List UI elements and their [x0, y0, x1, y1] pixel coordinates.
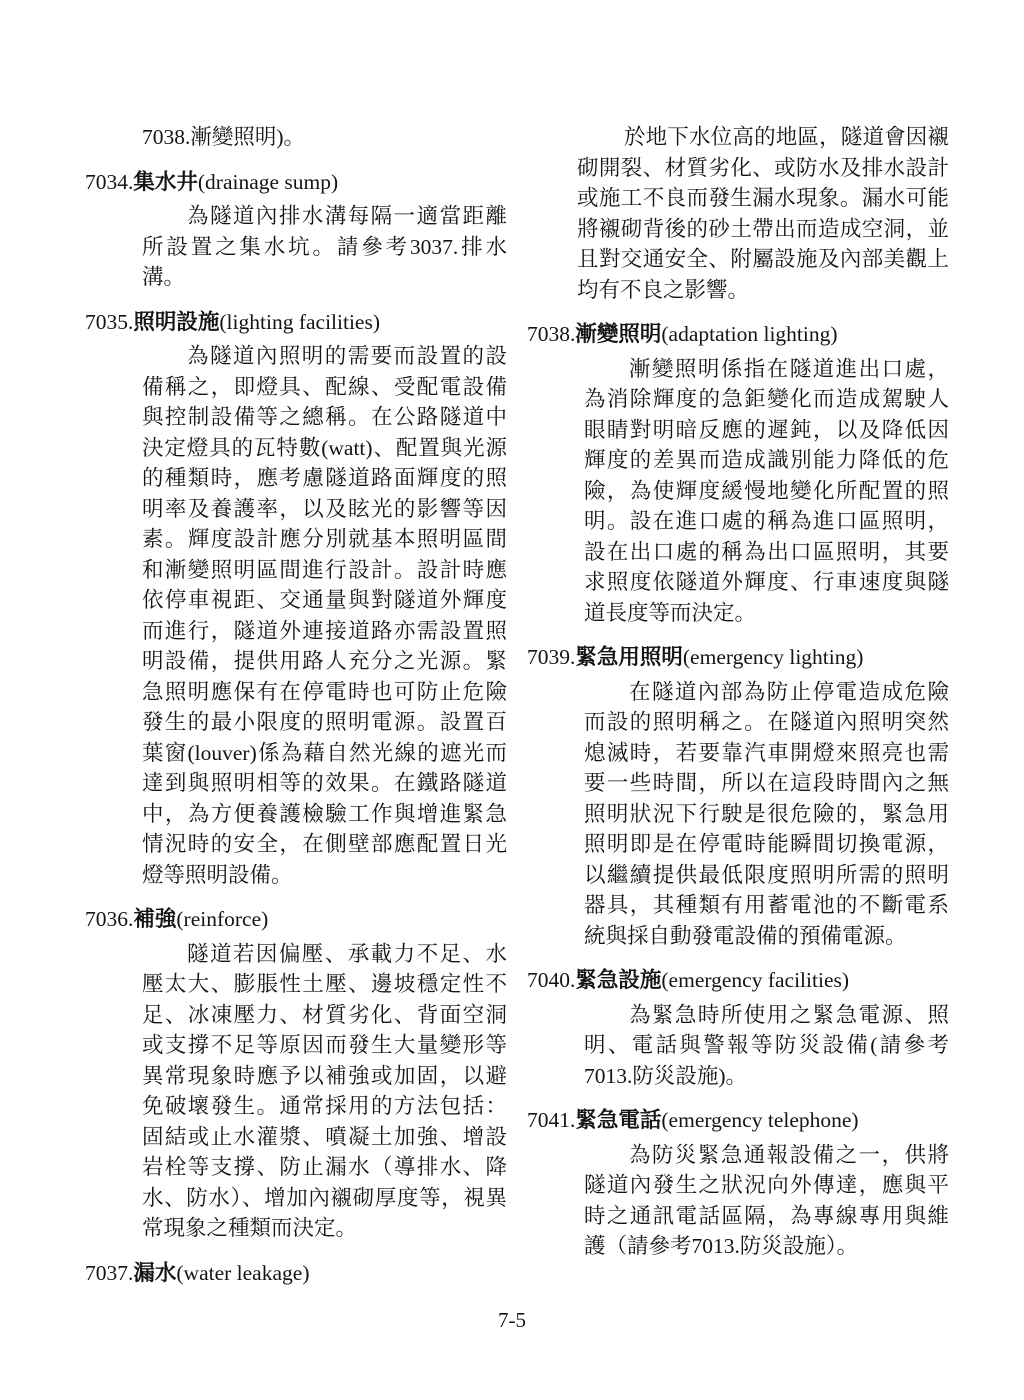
entry-definition: 隧道若因偏壓、承載力不足、水壓太大、膨脹性土壓、邊坡穩定性不足、冰凍壓力、材質劣…	[142, 939, 507, 1244]
continuation-paragraph-left: 7038.漸變照明)。	[142, 122, 507, 153]
entry-english-term: (lighting facilities)	[219, 310, 380, 334]
left-column: 7038.漸變照明)。 7034.集水井(drainage sump) 為隧道內…	[85, 122, 507, 1292]
entry-term: 漸變照明	[575, 322, 661, 346]
entry-definition: 為隧道內照明的需要而設置的設備稱之，即燈具、配線、受配電設備與控制設備等之總稱。…	[142, 341, 507, 890]
entry-english-term: (emergency lighting)	[683, 645, 864, 669]
glossary-entry-7041: 7041.緊急電話(emergency telephone) 為防災緊急通報設備…	[527, 1105, 949, 1262]
entry-number: 7040.	[527, 968, 575, 992]
entry-heading: 7037.漏水(water leakage)	[85, 1258, 507, 1289]
glossary-entry-7040: 7040.緊急設施(emergency facilities) 為緊急時所使用之…	[527, 965, 949, 1091]
entry-english-term: (emergency telephone)	[661, 1108, 858, 1132]
entry-term: 緊急電話	[575, 1108, 661, 1132]
entry-term: 漏水	[133, 1261, 176, 1285]
entry-number: 7039.	[527, 645, 575, 669]
entry-number: 7036.	[85, 907, 133, 931]
glossary-entry-7036: 7036.補強(reinforce) 隧道若因偏壓、承載力不足、水壓太大、膨脹性…	[85, 904, 507, 1244]
entry-english-term: (emergency facilities)	[661, 968, 849, 992]
entry-number: 7041.	[527, 1108, 575, 1132]
entry-definition: 為隧道內排水溝每隔一適當距離所設置之集水坑。請參考3037.排水溝。	[142, 201, 507, 293]
two-column-layout: 7038.漸變照明)。 7034.集水井(drainage sump) 為隧道內…	[0, 0, 1024, 1292]
entry-heading: 7039.緊急用照明(emergency lighting)	[527, 642, 949, 673]
glossary-entry-7037: 7037.漏水(water leakage)	[85, 1258, 507, 1289]
continuation-paragraph-right: 於地下水位高的地區，隧道會因襯砌開裂、材質劣化、或防水及排水設計或施工不良而發生…	[577, 122, 949, 305]
glossary-entry-7039: 7039.緊急用照明(emergency lighting) 在隧道內部為防止停…	[527, 642, 949, 951]
entry-number: 7038.	[527, 322, 575, 346]
entry-definition: 為防災緊急通報設備之一，供將隧道內發生之狀況向外傳達，應與平時之通訊電話區隔，為…	[584, 1140, 949, 1262]
glossary-entry-7034: 7034.集水井(drainage sump) 為隧道內排水溝每隔一適當距離所設…	[85, 167, 507, 293]
page-number: 7-5	[498, 1308, 526, 1332]
entry-heading: 7038.漸變照明(adaptation lighting)	[527, 319, 949, 350]
entry-heading: 7040.緊急設施(emergency facilities)	[527, 965, 949, 996]
entry-definition: 為緊急時所使用之緊急電源、照明、電話與警報等防災設備(請參考7013.防災設施)…	[584, 1000, 949, 1092]
document-page: 7038.漸變照明)。 7034.集水井(drainage sump) 為隧道內…	[0, 0, 1024, 1400]
entry-heading: 7041.緊急電話(emergency telephone)	[527, 1105, 949, 1136]
entry-term: 緊急設施	[575, 968, 661, 992]
right-column: 於地下水位高的地區，隧道會因襯砌開裂、材質劣化、或防水及排水設計或施工不良而發生…	[527, 122, 949, 1292]
entry-english-term: (drainage sump)	[198, 170, 338, 194]
entry-term: 集水井	[133, 170, 198, 194]
entry-number: 7034.	[85, 170, 133, 194]
entry-number: 7037.	[85, 1261, 133, 1285]
entry-heading: 7036.補強(reinforce)	[85, 904, 507, 935]
entry-definition: 在隧道內部為防止停電造成危險而設的照明稱之。在隧道內照明突然熄滅時，若要靠汽車開…	[584, 677, 949, 952]
glossary-entry-7035: 7035.照明設施(lighting facilities) 為隧道內照明的需要…	[85, 307, 507, 891]
entry-term: 緊急用照明	[575, 645, 683, 669]
entry-english-term: (water leakage)	[176, 1261, 309, 1285]
page-footer: 7-5	[0, 1306, 1024, 1334]
entry-number: 7035.	[85, 310, 133, 334]
entry-heading: 7035.照明設施(lighting facilities)	[85, 307, 507, 338]
glossary-entry-7038: 7038.漸變照明(adaptation lighting) 漸變照明係指在隧道…	[527, 319, 949, 628]
entry-definition: 漸變照明係指在隧道進出口處，為消除輝度的急鉅變化而造成駕駛人眼睛對明暗反應的遲鈍…	[584, 354, 949, 629]
entry-term: 照明設施	[133, 310, 219, 334]
entry-english-term: (adaptation lighting)	[661, 322, 837, 346]
entry-heading: 7034.集水井(drainage sump)	[85, 167, 507, 198]
entry-term: 補強	[133, 907, 176, 931]
entry-english-term: (reinforce)	[176, 907, 268, 931]
